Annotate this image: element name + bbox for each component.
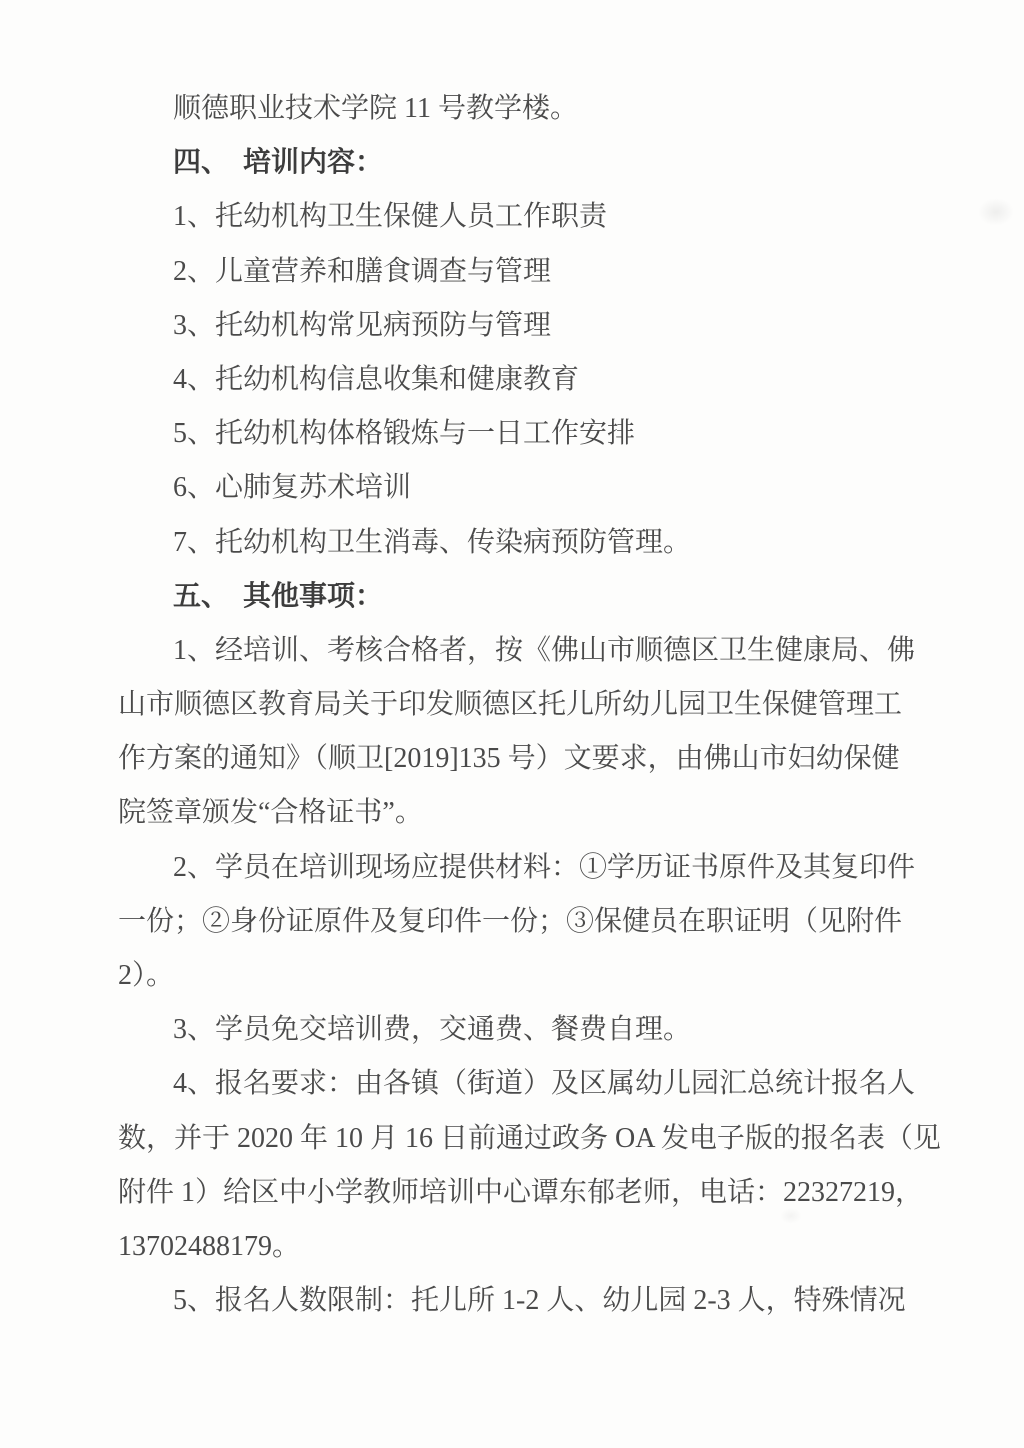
scan-artifact (780, 1208, 802, 1224)
document-body: 顺德职业技术学院 11 号教学楼。 四、 培训内容： 1、托幼机构卫生保健人员工… (118, 82, 910, 1328)
paragraph-2-line-1: 2、学员在培训现场应提供材料：①学历证书原件及其复印件 (118, 841, 910, 895)
section-heading-other-matters: 五、 其他事项： (118, 570, 910, 624)
section-heading-training-content: 四、 培训内容： (118, 136, 910, 190)
list-item-1: 1、托幼机构卫生保健人员工作职责 (118, 190, 910, 244)
paragraph-4-line-1: 4、报名要求：由各镇（街道）及区属幼儿园汇总统计报名人 (118, 1057, 910, 1111)
list-item-5: 5、托幼机构体格锻炼与一日工作安排 (118, 407, 910, 461)
paragraph-1-line-4: 院签章颁发“合格证书”。 (118, 786, 910, 840)
paragraph-3-line-1: 3、学员免交培训费，交通费、餐费自理。 (118, 1003, 910, 1057)
paragraph-1-line-3: 作方案的通知》（顺卫[2019]135 号）文要求，由佛山市妇幼保健 (118, 732, 910, 786)
list-item-6: 6、心肺复苏术培训 (118, 461, 910, 515)
paragraph-2-line-3: 2）。 (118, 949, 910, 1003)
paragraph-2-line-2: 一份；②身份证原件及复印件一份；③保健员在职证明（见附件 (118, 895, 910, 949)
list-item-7: 7、托幼机构卫生消毒、传染病预防管理。 (118, 516, 910, 570)
paragraph-5-line-1: 5、报名人数限制：托儿所 1-2 人、幼儿园 2-3 人，特殊情况 (118, 1274, 910, 1328)
scan-artifact (978, 198, 1014, 226)
document-page: 顺德职业技术学院 11 号教学楼。 四、 培训内容： 1、托幼机构卫生保健人员工… (0, 0, 1024, 1448)
paragraph-1-line-2: 山市顺德区教育局关于印发顺德区托儿所幼儿园卫生保健管理工 (118, 678, 910, 732)
paragraph-1-line-1: 1、经培训、考核合格者，按《佛山市顺德区卫生健康局、佛 (118, 624, 910, 678)
paragraph-4-line-4: 13702488179。 (118, 1220, 910, 1274)
doc-line-continuation: 顺德职业技术学院 11 号教学楼。 (118, 82, 910, 136)
list-item-2: 2、儿童营养和膳食调查与管理 (118, 245, 910, 299)
list-item-3: 3、托幼机构常见病预防与管理 (118, 299, 910, 353)
list-item-4: 4、托幼机构信息收集和健康教育 (118, 353, 910, 407)
paragraph-4-line-2: 数，并于 2020 年 10 月 16 日前通过政务 OA 发电子版的报名表（见 (118, 1112, 910, 1166)
